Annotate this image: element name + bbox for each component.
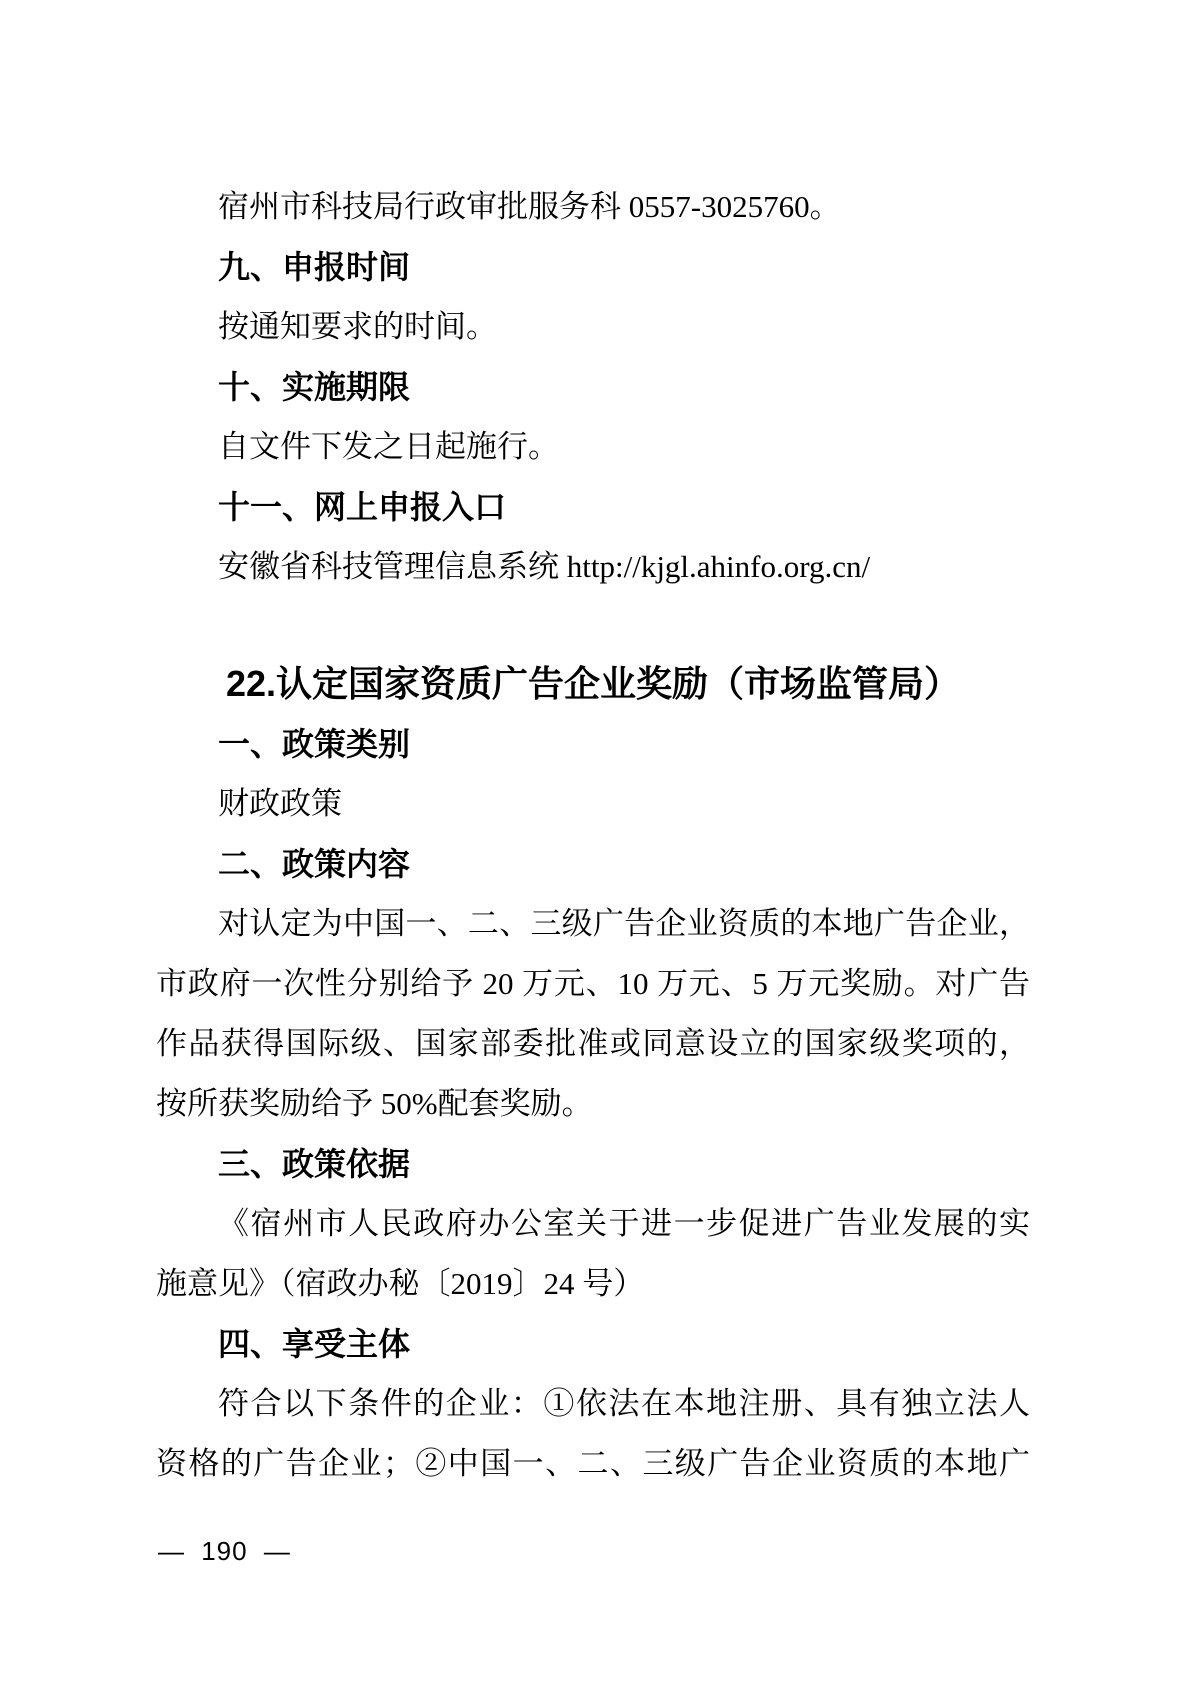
paragraph-policy-content-line-1: 对认定为中国一、二、三级广告企业资质的本地广告企业， <box>156 894 1030 954</box>
paragraph-9: 按通知要求的时间。 <box>156 297 1030 357</box>
paragraph-policy-content-line-2: 市政府一次性分别给予 20 万元、10 万元、5 万元奖励。对广告 <box>156 954 1030 1014</box>
paragraph-beneficiary-line-2: 资格的广告企业；②中国一、二、三级广告企业资质的本地广 <box>156 1434 1030 1494</box>
paragraph-policy-basis-line-1: 《宿州市人民政府办公室关于进一步促进广告业发展的实 <box>156 1194 1030 1254</box>
document-body: 宿州市科技局行政审批服务科 0557-3025760。 九、申报时间 按通知要求… <box>156 177 1030 1494</box>
section-heading-9: 九、申报时间 <box>156 237 1030 297</box>
paragraph-10: 自文件下发之日起施行。 <box>156 417 1030 477</box>
section-heading-policy-type: 一、政策类别 <box>156 714 1030 774</box>
paragraph-11: 安徽省科技管理信息系统 http://kjgl.ahinfo.org.cn/ <box>156 537 1030 597</box>
paragraph-policy-type: 财政政策 <box>156 774 1030 834</box>
section-22-title: 22.认定国家资质广告企业奖励（市场监管局） <box>156 654 1030 714</box>
contact-line: 宿州市科技局行政审批服务科 0557-3025760。 <box>156 177 1030 237</box>
section-heading-11: 十一、网上申报入口 <box>156 477 1030 537</box>
section-heading-beneficiary: 四、享受主体 <box>156 1314 1030 1374</box>
document-page: 宿州市科技局行政审批服务科 0557-3025760。 九、申报时间 按通知要求… <box>0 0 1190 1683</box>
page-number: — 190 — <box>158 1530 291 1572</box>
section-heading-policy-basis: 三、政策依据 <box>156 1134 1030 1194</box>
paragraph-policy-content-line-3: 作品获得国际级、国家部委批准或同意设立的国家级奖项的， <box>156 1014 1030 1074</box>
paragraph-policy-content-line-4: 按所获奖励给予 50%配套奖励。 <box>156 1074 1030 1134</box>
paragraph-policy-basis-line-2: 施意见》（宿政办秘〔2019〕24 号） <box>156 1254 1030 1314</box>
section-heading-10: 十、实施期限 <box>156 357 1030 417</box>
section-heading-policy-content: 二、政策内容 <box>156 834 1030 894</box>
paragraph-beneficiary-line-1: 符合以下条件的企业：①依法在本地注册、具有独立法人 <box>156 1374 1030 1434</box>
